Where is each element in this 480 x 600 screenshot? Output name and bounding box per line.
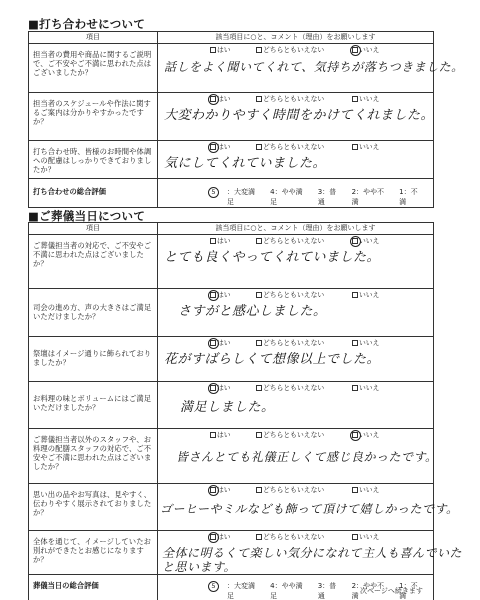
question-text: 司会の進め方、声の大きさはご満足いただけましたか？ <box>29 289 158 337</box>
rating-scale: 5 ：大変満足 4：やや満足 3：普通 2：やや不満 1：不満 <box>158 179 433 207</box>
checkbox-icon[interactable] <box>256 96 262 102</box>
option-yes[interactable]: はい <box>210 484 256 496</box>
comment-text[interactable]: ゴーヒーやミルなども飾って頂けて嬉しかったです。 <box>158 496 433 517</box>
survey-row: 祭壇はイメージ通りに飾られておりましたか？ はい どちらともいえない いいえ 花… <box>29 337 434 382</box>
checkbox-icon[interactable] <box>352 385 358 391</box>
checkbox-icon[interactable] <box>256 340 262 346</box>
option-no[interactable]: いいえ <box>352 429 379 441</box>
checkbox-icon[interactable] <box>352 340 358 346</box>
checkbox-icon[interactable] <box>352 292 358 298</box>
rating-option-4[interactable]: 4：やや満足 <box>270 581 309 600</box>
continue-next-page-note: 次ページへ続きます <box>360 586 423 596</box>
column-header-instruction: 該当項目に○と、コメント（理由）をお願いします <box>158 32 434 44</box>
checkbox-icon[interactable] <box>256 292 262 298</box>
option-yes[interactable]: はい <box>210 337 256 349</box>
option-no[interactable]: いいえ <box>352 235 379 247</box>
comment-text[interactable]: さすがと感心しました。 <box>158 301 433 320</box>
answer-options: はい どちらともいえない いいえ <box>158 382 433 394</box>
answer-options: はい どちらともいえない いいえ <box>158 235 433 247</box>
selected-circle-icon: 5 <box>208 187 219 198</box>
survey-row: 思い出の品やお写真は、見やすく、伝わりやすく展示されておりましたか？ はい どち… <box>29 484 434 531</box>
comment-text[interactable]: 皆さんとても礼儀正しくて感じ良かったです。 <box>158 441 433 465</box>
comment-text[interactable]: 話しをよく聞いてくれて、気持ちが落ちつきました。 <box>158 56 433 75</box>
rating-option-3[interactable]: 3：普通 <box>318 187 343 207</box>
checkbox-icon[interactable] <box>256 144 262 150</box>
option-neutral[interactable]: どちらともいえない <box>256 44 352 56</box>
question-text: ご葬儀担当者の対応で、ご不安やご不満に思われた点はございましたか？ <box>29 235 158 289</box>
answer-options: はい どちらともいえない いいえ <box>158 44 433 56</box>
survey-row: 担当者のスケジュールや作法に関するご案内は分かりやすかったですか？ はい どちら… <box>29 93 434 141</box>
option-neutral[interactable]: どちらともいえない <box>256 382 352 394</box>
selected-circle-icon: 5 <box>208 581 219 592</box>
rating-option-5-label: ：大変満足 <box>227 187 261 207</box>
option-neutral[interactable]: どちらともいえない <box>256 93 352 105</box>
comment-text[interactable]: 全体に明るくて楽しい気分になれて主人も喜んでいたと思います。 <box>158 543 462 574</box>
checkbox-icon[interactable] <box>352 534 358 540</box>
option-yes[interactable]: はい <box>210 429 256 441</box>
answer-options: はい どちらともいえない いいえ <box>158 484 433 496</box>
overall-rating-label: 打ち合わせの総合評価 <box>29 179 158 208</box>
option-no[interactable]: いいえ <box>352 141 379 153</box>
option-neutral[interactable]: どちらともいえない <box>256 141 352 153</box>
survey-row: 打ち合わせ時、皆様のお時間や体調への配慮はしっかりできておりましたか？ はい ど… <box>29 141 434 179</box>
rating-option-1[interactable]: 1：不満 <box>399 187 424 207</box>
checkbox-checked-icon[interactable] <box>352 432 358 438</box>
comment-text[interactable]: 気にしてくれていました。 <box>158 153 433 172</box>
option-neutral[interactable]: どちらともいえない <box>256 429 352 441</box>
checkbox-checked-icon[interactable] <box>210 144 216 150</box>
option-yes[interactable]: はい <box>210 235 256 247</box>
survey-row: お料理の味とボリュームにはご満足いただけましたか？ はい どちらともいえない い… <box>29 382 434 429</box>
question-text: 打ち合わせ時、皆様のお時間や体調への配慮はしっかりできておりましたか？ <box>29 141 158 179</box>
survey-row: ご葬儀担当者以外のスタッフや、お料理の配膳スタッフの対応で、ご不安やご不満に思わ… <box>29 429 434 484</box>
option-neutral[interactable]: どちらともいえない <box>256 531 352 543</box>
overall-rating-row: 打ち合わせの総合評価 5 ：大変満足 4：やや満足 3：普通 2：やや不満 1：… <box>29 179 434 208</box>
question-text: お料理の味とボリュームにはご満足いただけましたか？ <box>29 382 158 429</box>
comment-text[interactable]: 満足しました。 <box>158 394 433 416</box>
rating-option-3[interactable]: 3：普通 <box>318 581 343 600</box>
checkbox-icon[interactable] <box>256 432 262 438</box>
comment-text[interactable]: 大変わかりやすく時間をかけてくれました。 <box>158 105 433 124</box>
checkbox-icon[interactable] <box>210 432 216 438</box>
option-yes[interactable]: はい <box>210 382 256 394</box>
answer-options: はい どちらともいえない いいえ <box>158 141 433 153</box>
checkbox-icon[interactable] <box>352 487 358 493</box>
checkbox-icon[interactable] <box>256 238 262 244</box>
option-yes[interactable]: はい <box>210 141 256 153</box>
checkbox-icon[interactable] <box>210 47 216 53</box>
checkbox-checked-icon[interactable] <box>210 292 216 298</box>
option-no[interactable]: いいえ <box>352 382 379 394</box>
comment-text[interactable]: 花がすばらしくて想像以上でした。 <box>158 349 433 368</box>
survey-row: 全体を通じて、イメージしていたお別れができたとお感じになりますか？ はい どちら… <box>29 531 434 575</box>
answer-options: はい どちらともいえない いいえ <box>158 429 433 441</box>
rating-option-5[interactable]: 5 <box>208 187 228 207</box>
checkbox-checked-icon[interactable] <box>352 238 358 244</box>
checkbox-icon[interactable] <box>256 534 262 540</box>
answer-options: はい どちらともいえない いいえ <box>158 337 433 349</box>
option-no[interactable]: いいえ <box>352 337 379 349</box>
funeral-day-survey-table: 項目 該当項目に○と、コメント（理由）をお願いします ご葬儀担当者の対応で、ご不… <box>28 222 434 600</box>
question-text: ご葬儀担当者以外のスタッフや、お料理の配膳スタッフの対応で、ご不安やご不満に思わ… <box>29 429 158 484</box>
answer-options: はい どちらともいえない いいえ <box>158 531 433 543</box>
checkbox-icon[interactable] <box>352 96 358 102</box>
question-text: 担当者のスケジュールや作法に関するご案内は分かりやすかったですか？ <box>29 93 158 141</box>
rating-option-2[interactable]: 2：やや不満 <box>352 187 391 207</box>
checkbox-icon[interactable] <box>256 47 262 53</box>
comment-text[interactable]: とても良くやってくれていました。 <box>158 247 433 266</box>
rating-option-4[interactable]: 4：やや満足 <box>270 187 309 207</box>
checkbox-icon[interactable] <box>256 385 262 391</box>
option-neutral[interactable]: どちらともいえない <box>256 337 352 349</box>
option-yes[interactable]: はい <box>210 44 256 56</box>
answer-options: はい どちらともいえない いいえ <box>158 93 433 105</box>
column-header-instruction: 該当項目に○と、コメント（理由）をお願いします <box>158 223 434 235</box>
section-title-meeting: ■打ち合わせについて <box>28 16 145 32</box>
checkbox-checked-icon[interactable] <box>352 47 358 53</box>
checkbox-checked-icon[interactable] <box>210 340 216 346</box>
checkbox-checked-icon[interactable] <box>210 385 216 391</box>
rating-option-5-label: ：大変満足 <box>227 581 261 600</box>
survey-row: ご葬儀担当者の対応で、ご不安やご不満に思われた点はございましたか？ はい どちら… <box>29 235 434 289</box>
checkbox-checked-icon[interactable] <box>210 487 216 493</box>
option-yes[interactable]: はい <box>210 531 256 543</box>
checkbox-icon[interactable] <box>352 144 358 150</box>
checkbox-checked-icon[interactable] <box>210 534 216 540</box>
checkbox-icon[interactable] <box>256 487 262 493</box>
meeting-survey-table: 項目 該当項目に○と、コメント（理由）をお願いします 担当者の費用や商品に関する… <box>28 31 434 208</box>
option-no[interactable]: いいえ <box>352 44 379 56</box>
rating-option-5[interactable]: 5 <box>208 581 228 600</box>
option-neutral[interactable]: どちらともいえない <box>256 289 352 301</box>
question-text: 全体を通じて、イメージしていたお別れができたとお感じになりますか？ <box>29 531 158 575</box>
option-neutral[interactable]: どちらともいえない <box>256 235 352 247</box>
survey-row: 司会の進め方、声の大きさはご満足いただけましたか？ はい どちらともいえない い… <box>29 289 434 337</box>
column-header-item: 項目 <box>29 32 158 44</box>
option-yes[interactable]: はい <box>210 93 256 105</box>
overall-rating-label: 葬儀当日の総合評価 <box>29 575 158 600</box>
question-text: 祭壇はイメージ通りに飾られておりましたか？ <box>29 337 158 382</box>
option-yes[interactable]: はい <box>210 289 256 301</box>
option-neutral[interactable]: どちらともいえない <box>256 484 352 496</box>
option-no[interactable]: いいえ <box>352 484 379 496</box>
answer-options: はい どちらともいえない いいえ <box>158 289 433 301</box>
question-text: 担当者の費用や商品に関するご説明で、ご不安やご不満に思われた点はございましたか？ <box>29 44 158 93</box>
question-text: 思い出の品やお写真は、見やすく、伝わりやすく展示されておりましたか？ <box>29 484 158 531</box>
survey-row: 担当者の費用や商品に関するご説明で、ご不安やご不満に思われた点はございましたか？… <box>29 44 434 93</box>
option-no[interactable]: いいえ <box>352 531 379 543</box>
checkbox-icon[interactable] <box>210 238 216 244</box>
option-no[interactable]: いいえ <box>352 289 379 301</box>
option-no[interactable]: いいえ <box>352 93 379 105</box>
checkbox-checked-icon[interactable] <box>210 96 216 102</box>
column-header-item: 項目 <box>29 223 158 235</box>
